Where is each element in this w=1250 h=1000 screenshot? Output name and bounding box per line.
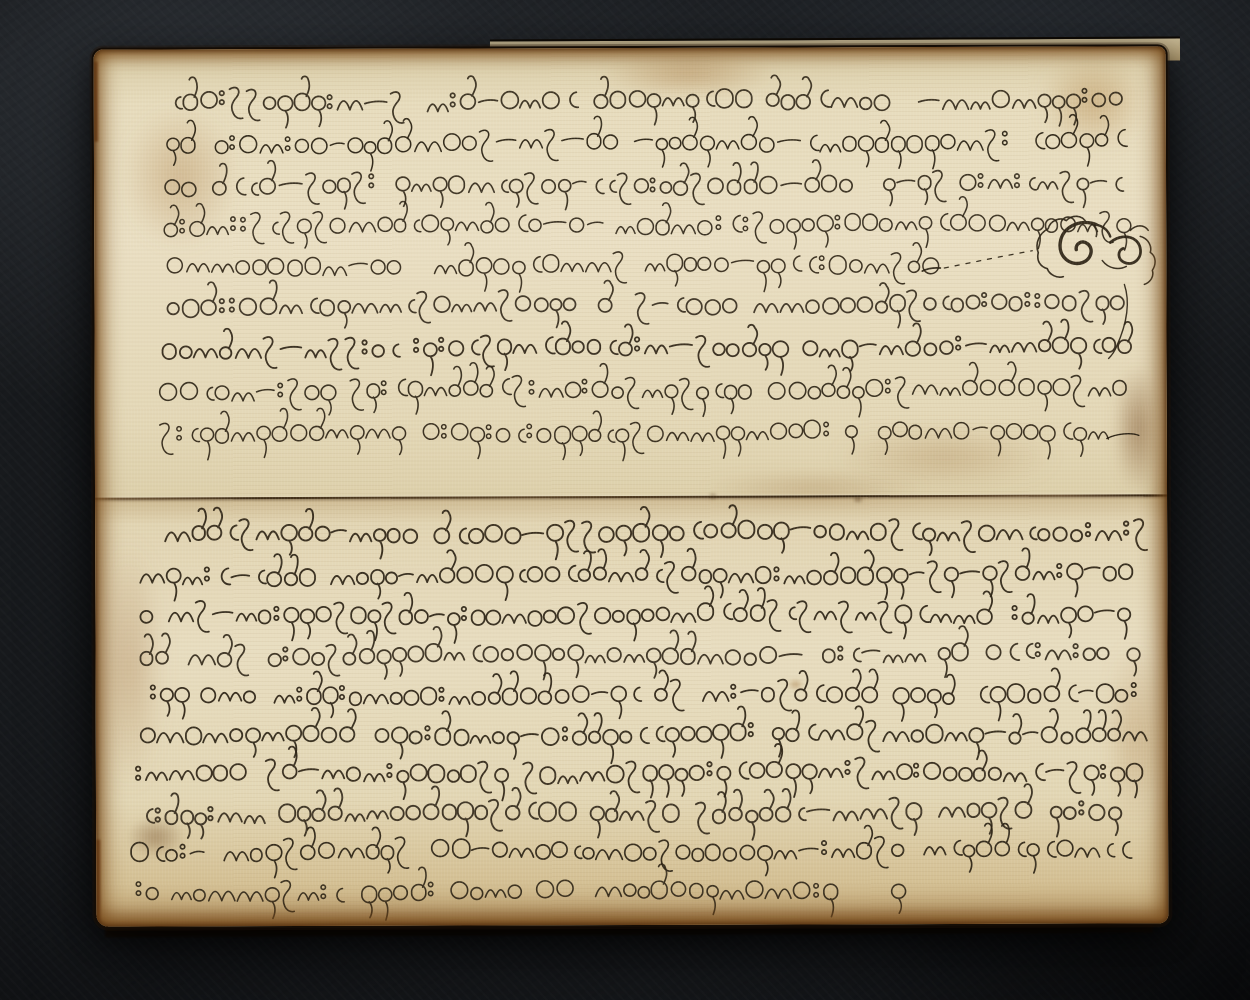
text-line	[131, 823, 1132, 878]
text-line	[165, 504, 1147, 561]
text-line	[140, 585, 1130, 644]
text-line	[151, 668, 1136, 723]
text-line	[165, 158, 1124, 211]
line-end-flourish	[1107, 434, 1139, 439]
handwritten-text-layer	[94, 46, 1169, 926]
upper-folio-text	[159, 74, 1133, 462]
text-line	[162, 319, 1132, 377]
text-line	[160, 406, 1109, 462]
text-line	[160, 361, 1127, 419]
text-line	[167, 241, 938, 293]
floral-flourish-ornament	[922, 216, 1155, 359]
text-line	[167, 278, 1124, 330]
text-line	[136, 863, 905, 920]
text-line	[140, 625, 1140, 681]
text-line	[167, 115, 1127, 172]
text-line	[141, 705, 1147, 764]
manuscript-book	[94, 46, 1169, 926]
lower-folio-text	[130, 504, 1148, 921]
text-line	[164, 196, 1131, 253]
text-line	[176, 74, 1122, 129]
photo-backdrop	[0, 0, 1250, 1000]
text-line	[136, 743, 1143, 802]
